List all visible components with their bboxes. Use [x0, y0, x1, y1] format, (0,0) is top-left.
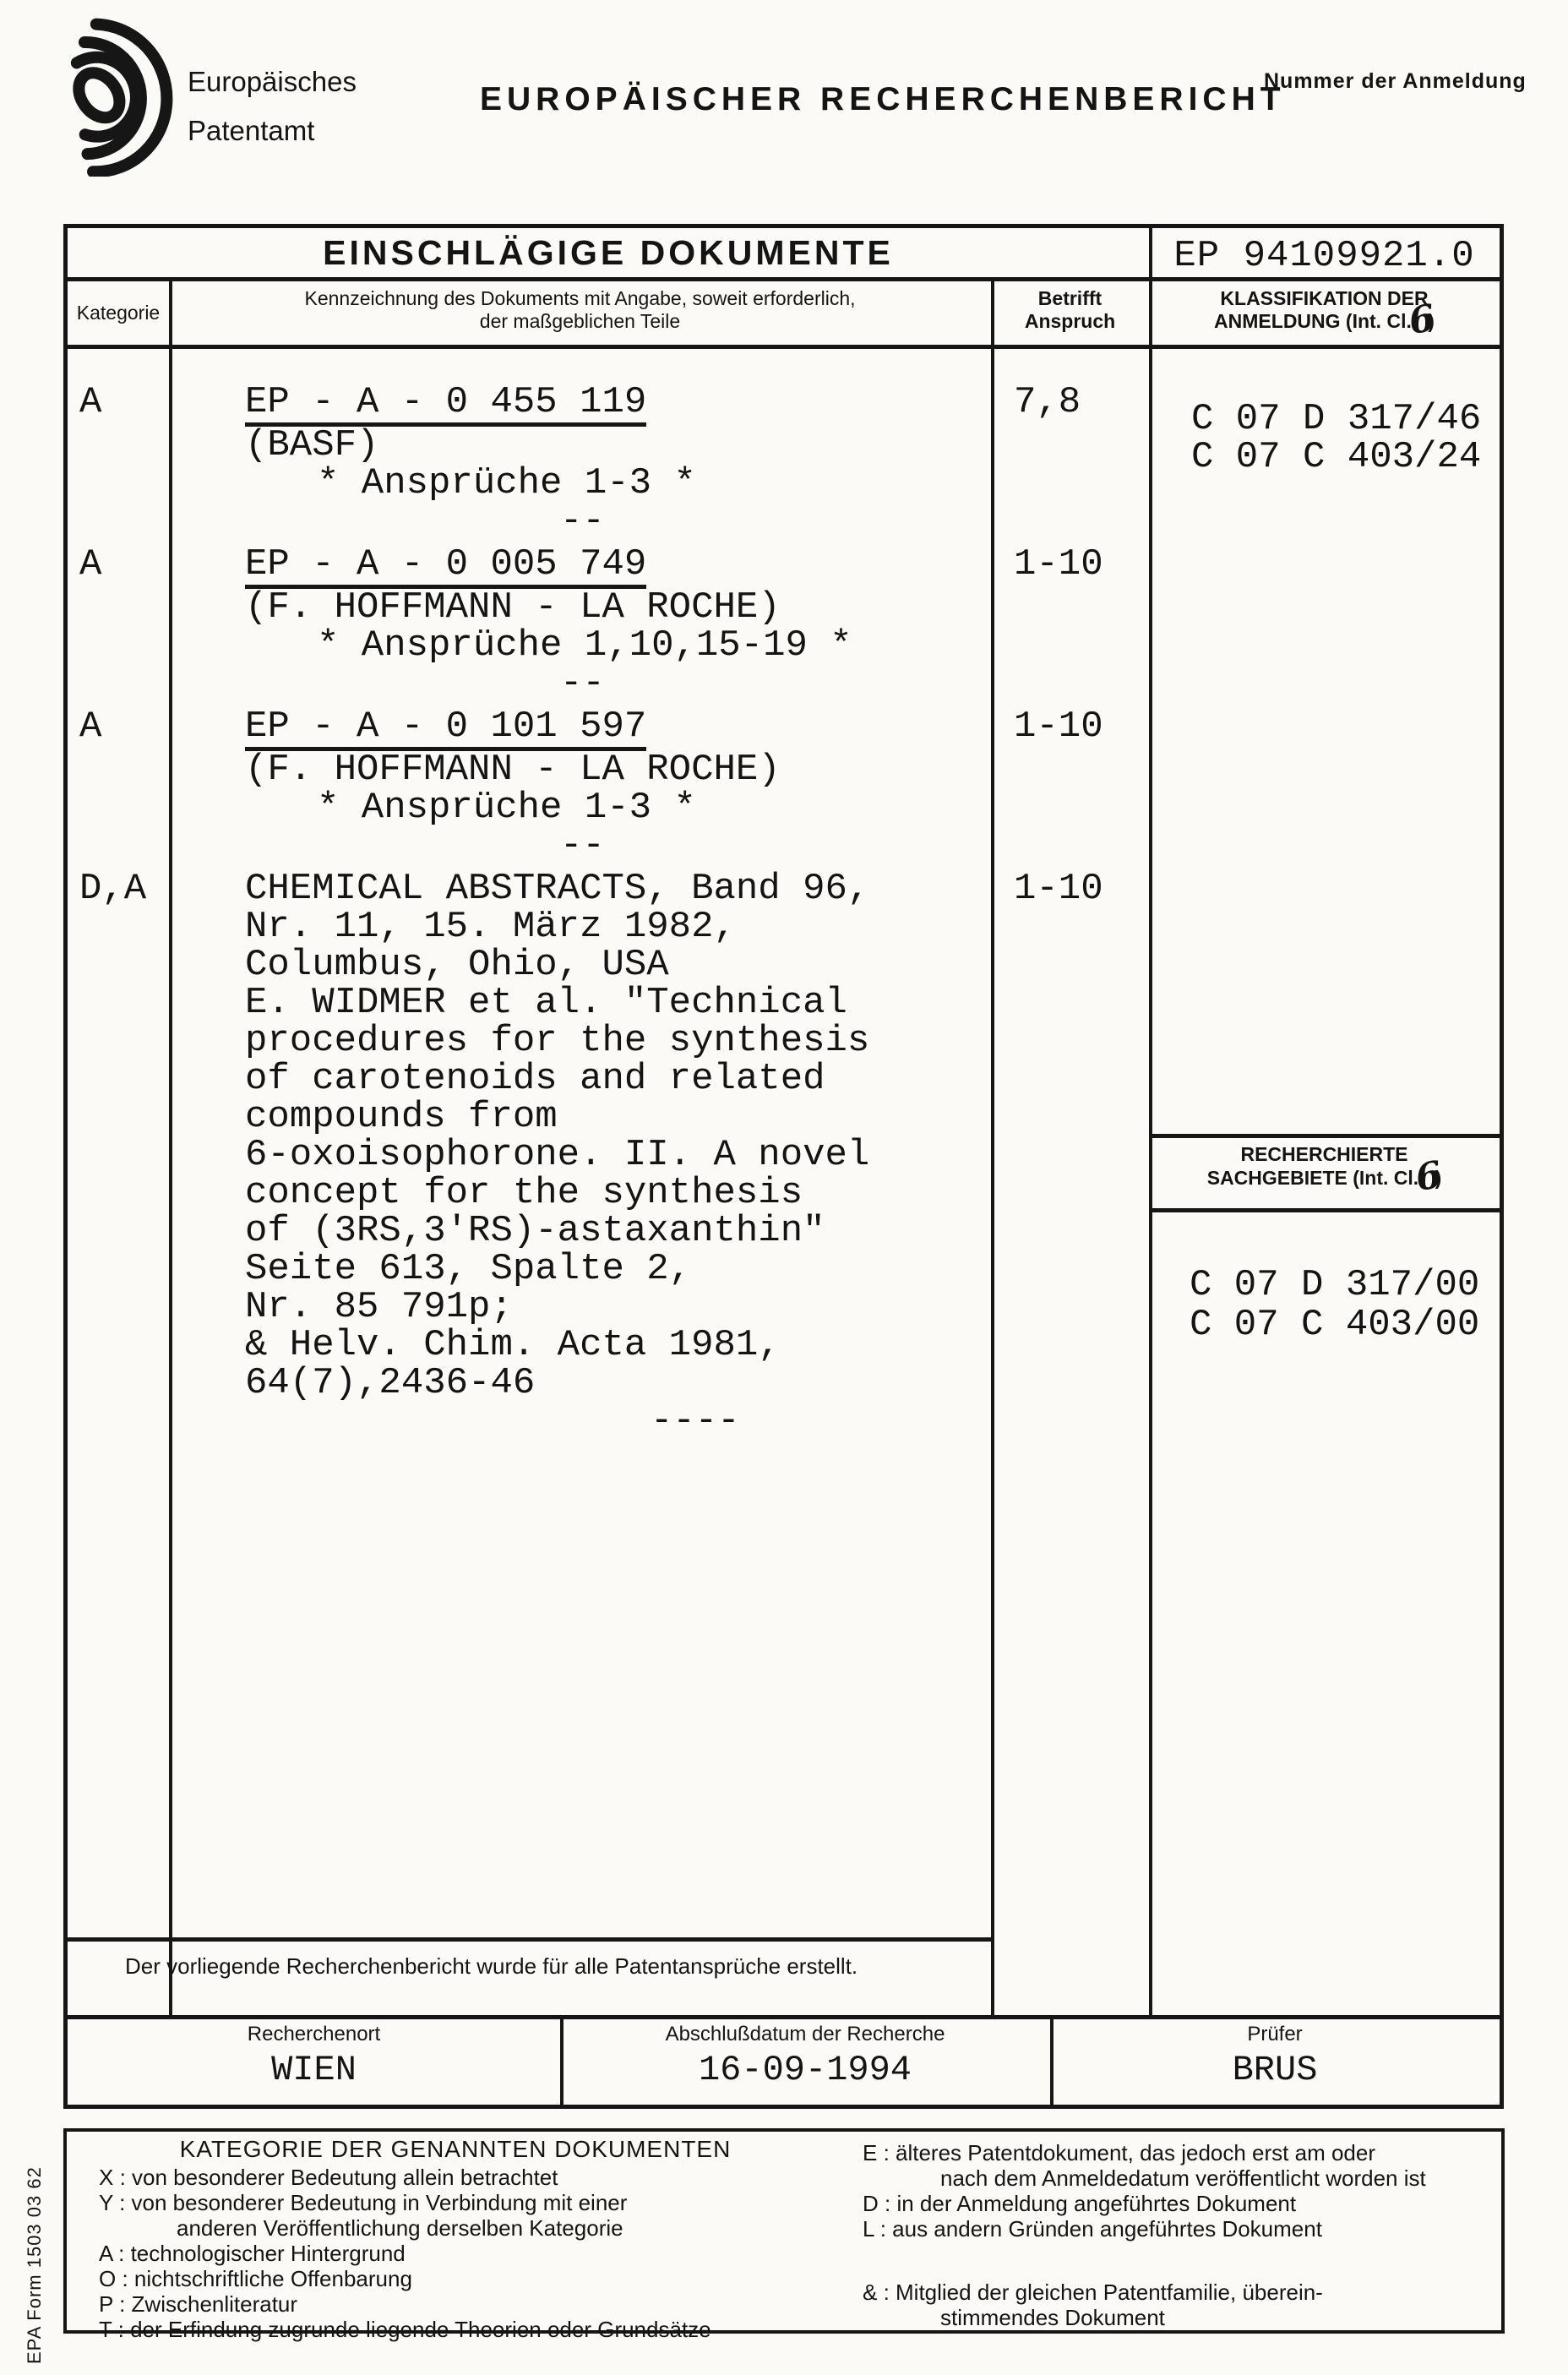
column-header-category: Kategorie	[68, 282, 169, 343]
citation-line: Columbus, Ohio, USA	[245, 946, 991, 984]
legend-item: Y : von besonderer Bedeutung in Verbindu…	[99, 2190, 842, 2241]
claims-cell: 7,8	[1014, 384, 1081, 422]
citation-line: & Helv. Chim. Acta 1981,	[245, 1326, 991, 1365]
handwritten-six: 6	[1409, 318, 1435, 322]
citation-line: (F. HOFFMANN - LA ROCHE)	[245, 589, 991, 627]
legend-item: & : Mitglied der gleichen Patentfamilie,…	[863, 2280, 1454, 2330]
examiner-label: Prüfer	[1050, 2023, 1500, 2046]
citation-line: * Ansprüche 1,10,15-19 *	[245, 627, 991, 665]
category-cell: A	[79, 708, 101, 746]
citation-line: of (3RS,3'RS)-astaxanthin"	[245, 1212, 991, 1250]
citation-line: Seite 613, Spalte 2,	[245, 1250, 991, 1288]
classification-code: C 07 C 403/24	[1191, 439, 1481, 477]
legend-item: T : der Erfindung zugrunde liegende Theo…	[99, 2317, 842, 2342]
legend-item: P : Zwischenliteratur	[99, 2291, 842, 2317]
citation-line: compounds from	[245, 1098, 991, 1136]
divider	[68, 277, 1500, 281]
citation-line: of carotenoids and related	[245, 1060, 991, 1098]
searched-field-codes: C 07 D 317/00 C 07 C 403/00	[1190, 1266, 1479, 1345]
epo-logo-icon	[46, 12, 182, 177]
column-header-classification: KLASSIFIKATION DER ANMELDUNG (Int. Cl.6)	[1149, 287, 1500, 333]
category-cell: A	[79, 384, 101, 422]
citation-line: concept for the synthesis	[245, 1174, 991, 1212]
claims-cell: 1-10	[1014, 708, 1103, 746]
examiner-value: BRUS	[1050, 2050, 1500, 2090]
claims-cell: 1-10	[1014, 546, 1103, 584]
citation-row: A7,8EP - A - 0 455 119(BASF)* Ansprüche …	[68, 384, 991, 541]
claims-cell: 1-10	[1014, 870, 1103, 908]
citation-line: EP - A - 0 005 749	[245, 546, 991, 589]
divider	[68, 1937, 991, 1942]
citation-line: EP - A - 0 101 597	[245, 708, 991, 751]
claims-header-line1: Betrifft	[991, 287, 1149, 310]
citation-header-line1: Kennzeichnung des Dokuments mit Angabe, …	[169, 287, 991, 310]
examiner-cell: Prüfer BRUS	[1050, 2015, 1500, 2105]
completion-note: Der vorliegende Recherchenbericht wurde …	[125, 1953, 857, 1980]
citation-line: * Ansprüche 1-3 *	[245, 465, 991, 503]
citation-line: CHEMICAL ABSTRACTS, Band 96,	[245, 870, 991, 908]
citation-header-line2: der maßgeblichen Teile	[169, 310, 991, 333]
category-cell: D,A	[79, 870, 146, 908]
column-header-citation: Kennzeichnung des Dokuments mit Angabe, …	[169, 287, 991, 333]
searched-field-code: C 07 C 403/00	[1190, 1305, 1479, 1345]
divider	[1149, 1134, 1500, 1138]
legend-item: L : aus andern Gründen angeführtes Dokum…	[863, 2216, 1454, 2242]
claims-header-line2: Anspruch	[991, 310, 1149, 333]
legend-item: A : technologischer Hintergrund	[99, 2241, 842, 2266]
citation-line: --	[245, 665, 991, 703]
search-date-label: Abschlußdatum der Recherche	[560, 2023, 1050, 2046]
category-cell: A	[79, 546, 101, 584]
legend-right-column: E : älteres Patentdokument, das jedoch e…	[863, 2140, 1454, 2330]
citation-row: A1-10EP - A - 0 101 597(F. HOFFMANN - LA…	[68, 708, 991, 865]
legend-item: X : von besonderer Bedeutung allein betr…	[99, 2165, 842, 2190]
office-name: Europäisches Patentamt	[188, 57, 357, 155]
citation-line: --	[245, 503, 991, 541]
legend-left-column: X : von besonderer Bedeutung allein betr…	[99, 2165, 842, 2342]
search-report-page: Europäisches Patentamt EUROPÄISCHER RECH…	[0, 0, 1568, 2375]
column-header-claims: Betrifft Anspruch	[991, 287, 1149, 333]
classification-header-line1: KLASSIFIKATION DER	[1149, 287, 1500, 310]
citation-line: 64(7),2436-46	[245, 1365, 991, 1403]
citation-line: 6-oxoisophorone. II. A novel	[245, 1136, 991, 1174]
office-name-line2: Patentamt	[188, 106, 357, 155]
citation-line: ----	[245, 1403, 991, 1441]
legend-item: D : in der Anmeldung angeführtes Dokumen…	[863, 2191, 1454, 2216]
document-reference: EP - A - 0 005 749	[245, 546, 646, 589]
documents-table: EINSCHLÄGIGE DOKUMENTE EP 94109921.0 Kat…	[63, 224, 1504, 2109]
application-number-label: Nummer der Anmeldung	[1264, 69, 1527, 94]
search-place-cell: Recherchenort WIEN	[68, 2015, 560, 2105]
table-title: EINSCHLÄGIGE DOKUMENTE	[68, 233, 1149, 273]
legend-title: KATEGORIE DER GENANNTEN DOKUMENTEN	[117, 2136, 793, 2163]
search-date-cell: Abschlußdatum der Recherche 16-09-1994	[560, 2015, 1050, 2105]
searched-field-code: C 07 D 317/00	[1190, 1266, 1479, 1305]
divider	[1149, 1208, 1500, 1212]
search-place-value: WIEN	[68, 2050, 560, 2090]
citation-line: (F. HOFFMANN - LA ROCHE)	[245, 751, 991, 789]
form-identifier: EPA Form 1503 03 62	[24, 2166, 46, 2364]
search-date-value: 16-09-1994	[560, 2050, 1050, 2090]
legend-item: O : nichtschriftliche Offenbarung	[99, 2266, 842, 2291]
divider	[1149, 228, 1152, 2015]
search-place-label: Recherchenort	[68, 2023, 560, 2046]
citation-rows: A7,8EP - A - 0 455 119(BASF)* Ansprüche …	[68, 345, 991, 1441]
classification-codes: C 07 D 317/46 C 07 C 403/24	[1191, 400, 1481, 477]
office-name-line1: Europäisches	[188, 57, 357, 106]
document-reference: EP - A - 0 101 597	[245, 708, 646, 751]
legend-item: E : älteres Patentdokument, das jedoch e…	[863, 2140, 1454, 2191]
searched-fields-line2: SACHGEBIETE (Int. Cl.6)	[1149, 1166, 1500, 1190]
divider	[991, 277, 994, 2015]
handwritten-six: 6	[1416, 1174, 1441, 1179]
citation-line: Nr. 11, 15. März 1982,	[245, 908, 991, 946]
document-reference: EP - A - 0 455 119	[245, 384, 646, 427]
citation-row: A1-10EP - A - 0 005 749(F. HOFFMANN - LA…	[68, 546, 991, 703]
citation-line: EP - A - 0 455 119	[245, 384, 991, 427]
citation-line: --	[245, 827, 991, 865]
citation-row: D,A1-10CHEMICAL ABSTRACTS, Band 96,Nr. 1…	[68, 870, 991, 1441]
citation-line: E. WIDMER et al. "Technical	[245, 984, 991, 1022]
searched-fields-header: RECHERCHIERTE SACHGEBIETE (Int. Cl.6)	[1149, 1142, 1500, 1190]
classification-header-line2: ANMELDUNG (Int. Cl.6)	[1149, 310, 1500, 333]
citation-line: procedures for the synthesis	[245, 1022, 991, 1060]
application-number: EP 94109921.0	[1149, 235, 1500, 277]
classification-code: C 07 D 317/46	[1191, 400, 1481, 439]
report-title: EUROPÄISCHER RECHERCHENBERICHT	[480, 81, 1286, 118]
citation-line: Nr. 85 791p;	[245, 1288, 991, 1326]
citation-line: (BASF)	[245, 427, 991, 465]
citation-line: * Ansprüche 1-3 *	[245, 789, 991, 827]
searched-fields-line1: RECHERCHIERTE	[1149, 1142, 1500, 1166]
category-legend: KATEGORIE DER GENANNTEN DOKUMENTEN X : v…	[63, 2128, 1505, 2334]
